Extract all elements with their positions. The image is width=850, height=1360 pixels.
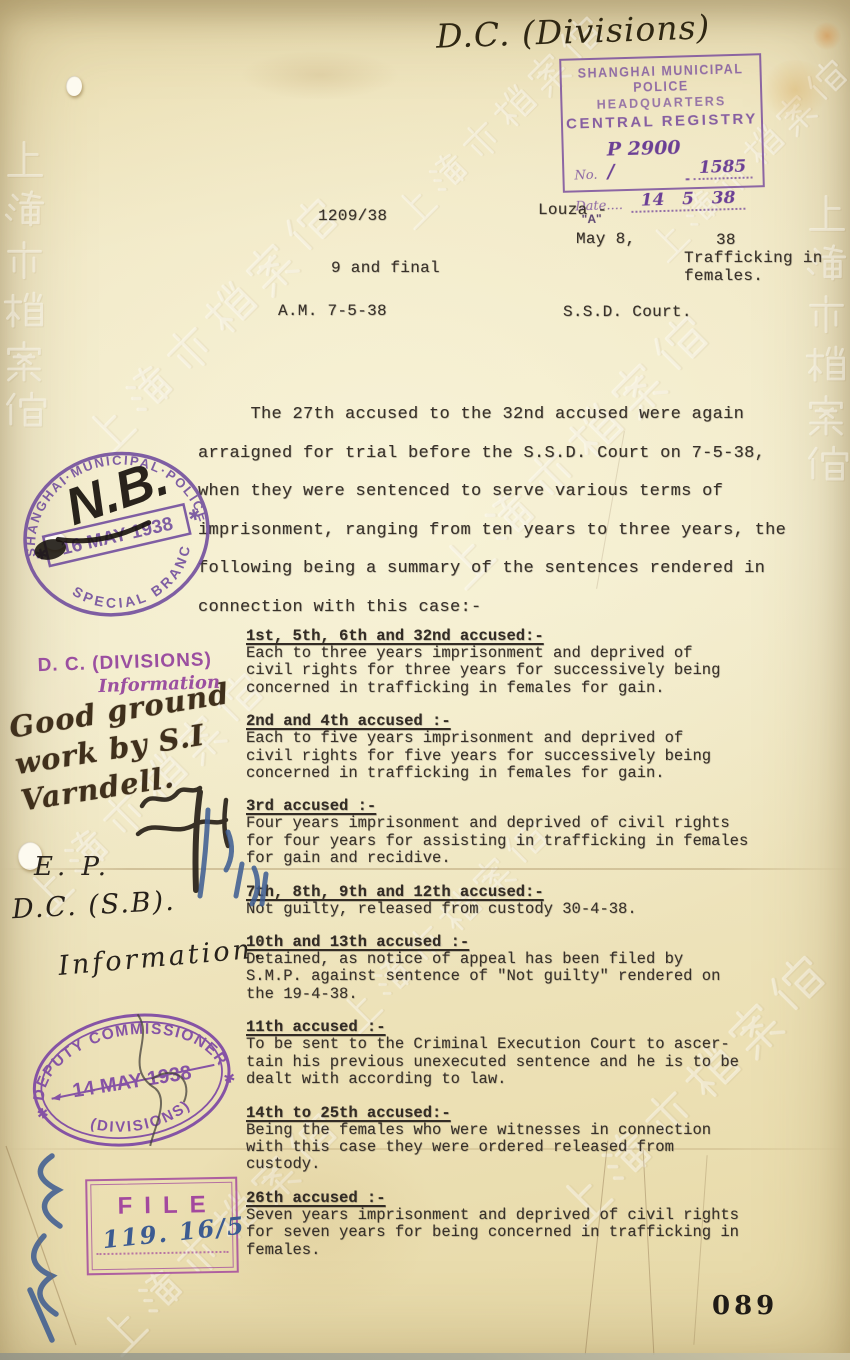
court-name: S.S.D. Court. bbox=[563, 303, 692, 321]
sentence-section: 2nd and 4th accused :- Each to five year… bbox=[246, 712, 826, 782]
file-reference: 1209/38 bbox=[318, 207, 387, 225]
section-heading: 11th accused :- bbox=[246, 1018, 826, 1036]
section-heading: 14th to 25th accused:- bbox=[246, 1104, 826, 1122]
stamp-no-label: No. bbox=[574, 168, 598, 184]
section-body: Each to three years imprisonment and dep… bbox=[246, 645, 826, 697]
file-stamp: FILE 119. 16/5 bbox=[85, 1177, 239, 1276]
handwritten-dc-sb: D.C. (S.B). bbox=[11, 886, 176, 926]
sentence-section: 1st, 5th, 6th and 32nd accused:- Each to… bbox=[246, 627, 826, 697]
sentence-section: 3rd accused :- Four years imprisonment a… bbox=[246, 797, 826, 867]
stamp-org-line: SHANGHAI MUNICIPAL POLICE bbox=[561, 61, 760, 97]
svg-text:(DIVISIONS): (DIVISIONS) bbox=[85, 1095, 196, 1142]
section-body: Detained, as notice of appeal has been f… bbox=[246, 951, 826, 1003]
section-heading: 7th, 8th, 9th and 12th accused:- bbox=[246, 883, 826, 901]
scanned-document-page: D.C. (Divisions) SHANGHAI MUNICIPAL POLI… bbox=[0, 0, 850, 1360]
handwritten-ep-initials: E. P. bbox=[34, 852, 110, 882]
sentence-section: 7th, 8th, 9th and 12th accused:- Not gui… bbox=[246, 883, 826, 918]
section-body: Each to five years imprisonment and depr… bbox=[246, 730, 826, 782]
time-reference: A.M. 7-5-38 bbox=[278, 302, 387, 320]
stamp-arc-bottom: (DIVISIONS) bbox=[85, 1095, 196, 1142]
page-number: 089 bbox=[712, 1291, 778, 1321]
section-body: Not guilty, released from custody 30-4-3… bbox=[246, 901, 826, 918]
report-year: 38 bbox=[716, 231, 736, 249]
age-stain bbox=[812, 22, 842, 50]
section-body: To be sent to the Criminal Execution Cou… bbox=[246, 1036, 826, 1088]
svg-text:✱: ✱ bbox=[36, 1105, 50, 1123]
section-body: Being the females who were witnesses in … bbox=[246, 1122, 826, 1174]
stamp-title-line: CENTRAL REGISTRY bbox=[563, 110, 761, 133]
report-date: May 8, bbox=[576, 230, 635, 248]
section-body: Four years imprisonment and deprived of … bbox=[246, 815, 826, 867]
subject-line: Trafficking in females. bbox=[684, 249, 823, 285]
sentence-section: 14th to 25th accused:- Being the females… bbox=[246, 1104, 826, 1174]
age-stain bbox=[240, 50, 400, 100]
sentence-section: 10th and 13th accused :- Detained, as no… bbox=[246, 933, 826, 1003]
stamp-no-suffix: 1585 bbox=[693, 157, 753, 181]
central-registry-stamp: SHANGHAI MUNICIPAL POLICE HEADQUARTERS C… bbox=[559, 53, 765, 193]
section-body: Seven years imprisonment and deprived of… bbox=[246, 1207, 826, 1259]
stamp-date-value: 14 5 38 bbox=[631, 188, 746, 213]
handwritten-information: Information. bbox=[57, 933, 266, 982]
scan-bottom-edge bbox=[0, 1353, 850, 1360]
sentence-section: 26th accused :- Seven years imprisonment… bbox=[246, 1189, 826, 1259]
section-heading: 2nd and 4th accused :- bbox=[246, 712, 826, 730]
report-number: 9 and final bbox=[331, 259, 440, 277]
age-stain bbox=[760, 60, 830, 120]
report-intro-paragraph: The 27th accused to the 32nd accused wer… bbox=[198, 396, 786, 627]
section-heading: 3rd accused :- bbox=[246, 797, 826, 815]
section-heading: 10th and 13th accused :- bbox=[246, 933, 826, 951]
section-heading: 1st, 5th, 6th and 32nd accused:- bbox=[246, 627, 826, 645]
sentence-section: 11th accused :- To be sent to the Crimin… bbox=[246, 1018, 826, 1088]
section-heading: 26th accused :- bbox=[246, 1189, 826, 1207]
sentence-summary: 1st, 5th, 6th and 32nd accused:- Each to… bbox=[246, 627, 826, 1274]
paper-hole bbox=[66, 76, 82, 96]
station-name: Louza - bbox=[538, 201, 607, 219]
blue-pencil-scribbles bbox=[0, 1140, 95, 1355]
stamp-no-value: P 2900 / bbox=[607, 136, 686, 182]
svg-text:✱: ✱ bbox=[222, 1069, 236, 1087]
handwritten-routing-note: D.C. (Divisions) bbox=[435, 7, 711, 56]
